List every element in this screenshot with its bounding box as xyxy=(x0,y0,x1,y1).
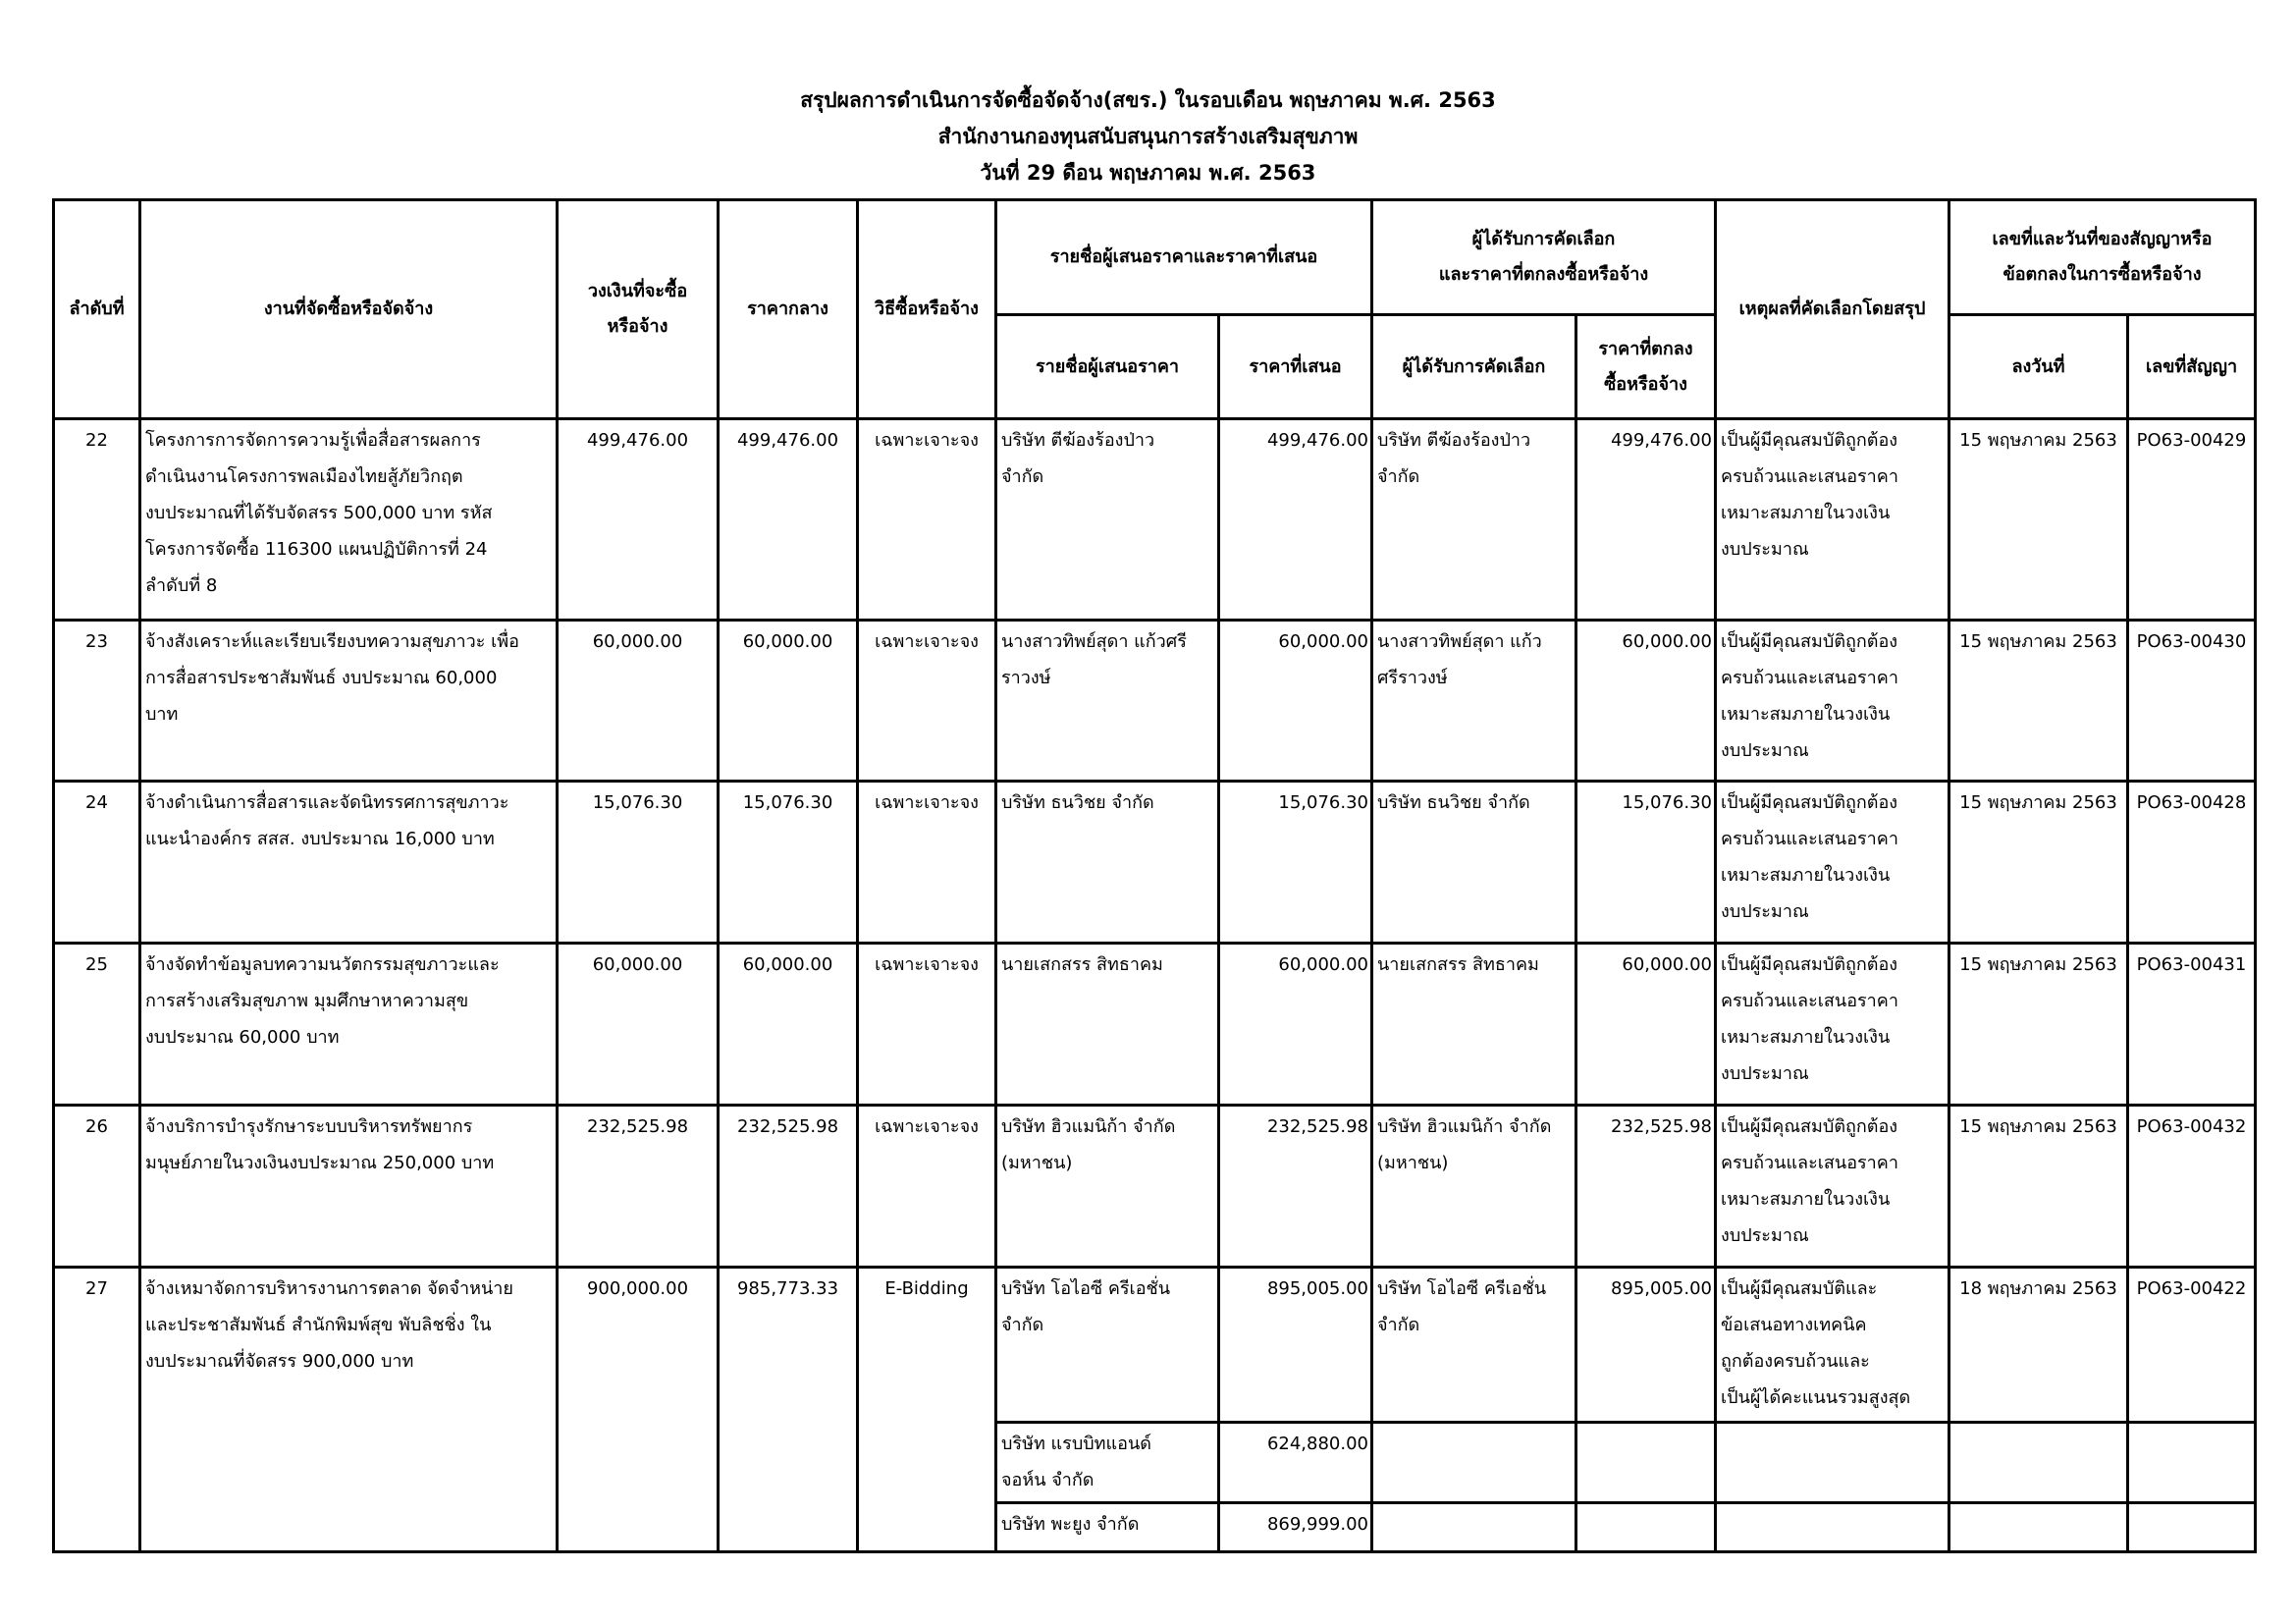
project-cell-line: แนะนำองค์กร สสส. งบประมาณ 16,000 บาท xyxy=(145,821,556,857)
seq-cell-line: 24 xyxy=(55,785,138,821)
reason-cell-line: เป็นผู้ได้คะแนนรวมสูงสุด xyxy=(1721,1380,1948,1416)
document-title-block: สรุปผลการดำเนินการจัดซื้อจัดจ้าง(สขร.) ใ… xyxy=(0,82,2296,191)
header-seq: ลำดับที่ xyxy=(54,200,140,419)
seq-cell-line: 27 xyxy=(55,1271,138,1307)
bid-price-cell-line: 499,476.00 xyxy=(1220,422,1368,459)
header-contract-line: เลขที่และวันที่ของสัญญาหรือ xyxy=(1950,222,2254,257)
contract-date-cell-line: 15 พฤษภาคม 2563 xyxy=(1950,785,2126,821)
header-contract-date: ลงวันที่ xyxy=(1949,315,2128,419)
agreed-price-cell: 232,525.98 xyxy=(1576,1106,1716,1268)
bidder-cell-line: นายเสกสรร สิทธาคม xyxy=(1001,947,1217,983)
header-budget-line: หรือจ้าง xyxy=(559,309,717,345)
bidder-cell-line: บริษัท โอไอซี ครีเอชั่น xyxy=(1001,1271,1217,1307)
agreed-price-cell-line: 60,000.00 xyxy=(1577,623,1712,660)
header-bidder-name: รายชื่อผู้เสนอราคา xyxy=(996,315,1219,419)
contract-date-cell: 18 พฤษภาคม 2563 xyxy=(1949,1268,2128,1423)
header-bid-price: ราคาที่เสนอ xyxy=(1219,315,1372,419)
median-price-cell-line: 985,773.33 xyxy=(720,1271,856,1307)
bidder-cell: บริษัท ธนวิชย จำกัด xyxy=(996,782,1219,944)
contract-date-cell-line: 15 พฤษภาคม 2563 xyxy=(1950,623,2126,660)
reason-cell: เป็นผู้มีคุณสมบัติถูกต้องครบถ้วนและเสนอร… xyxy=(1716,621,1949,782)
method-cell-line: เฉพาะเจาะจง xyxy=(859,422,994,459)
seq-cell: 25 xyxy=(54,944,140,1106)
bid-price-cell: 60,000.00 xyxy=(1219,621,1372,782)
bidder-cell-line: บริษัท ฮิวแมนิก้า จำกัด xyxy=(1001,1109,1217,1145)
header-agreed-line: ซื้อหรือจ้าง xyxy=(1577,367,1714,403)
agreed-price-cell xyxy=(1576,1423,1716,1503)
header-selected-name: ผู้ได้รับการคัดเลือก xyxy=(1372,315,1576,419)
reason-cell-line: ครบถ้วนและเสนอราคา xyxy=(1721,821,1948,857)
contract-no-cell xyxy=(2128,1503,2256,1552)
selected-cell-line: บริษัท ฮิวแมนิก้า จำกัด xyxy=(1377,1109,1575,1145)
agreed-price-cell-line: 895,005.00 xyxy=(1577,1271,1712,1307)
reason-cell-line: เป็นผู้มีคุณสมบัติถูกต้อง xyxy=(1721,422,1948,459)
project-cell-line: ดำเนินงานโครงการพลเมืองไทยสู้ภัยวิกฤต xyxy=(145,459,556,495)
project-cell-line: การสร้างเสริมสุขภาพ มุมศึกษาหาความสุข xyxy=(145,983,556,1019)
median-price-cell: 15,076.30 xyxy=(719,782,858,944)
selected-cell-line: บริษัท โอไอซี ครีเอชั่น xyxy=(1377,1271,1575,1307)
contract-date-cell: 15 พฤษภาคม 2563 xyxy=(1949,621,2128,782)
selected-cell-line: บริษัท ธนวิชย จำกัด xyxy=(1377,785,1575,821)
seq-cell-line: 23 xyxy=(55,623,138,660)
project-cell-line: จ้างสังเคราะห์และเรียบเรียงบทความสุขภาวะ… xyxy=(145,623,556,660)
reason-cell-line: ข้อเสนอทางเทคนิค xyxy=(1721,1307,1948,1343)
bidder-cell-line: จำกัด xyxy=(1001,1307,1217,1343)
document-title: สรุปผลการดำเนินการจัดซื้อจัดจ้าง(สขร.) ใ… xyxy=(0,82,2296,119)
seq-cell: 24 xyxy=(54,782,140,944)
bidder-cell-line: จอห์น จำกัด xyxy=(1001,1462,1217,1498)
agreed-price-cell: 60,000.00 xyxy=(1576,944,1716,1106)
table-row: 24จ้างดำเนินการสื่อสารและจัดนิทรรศการสุข… xyxy=(54,782,2256,944)
budget-cell: 232,525.98 xyxy=(558,1106,719,1268)
reason-cell-line: งบประมาณ xyxy=(1721,1218,1948,1254)
header-contract-no: เลขที่สัญญา xyxy=(2128,315,2256,419)
header-contract-line: ข้อตกลงในการซื้อหรือจ้าง xyxy=(1950,257,2254,293)
contract-no-cell: PO63-00428 xyxy=(2128,782,2256,944)
reason-cell: เป็นผู้มีคุณสมบัติถูกต้องครบถ้วนและเสนอร… xyxy=(1716,1106,1949,1268)
reason-cell-line: เป็นผู้มีคุณสมบัติถูกต้อง xyxy=(1721,785,1948,821)
project-cell: จ้างบริการบำรุงรักษาระบบบริหารทรัพยากรมน… xyxy=(140,1106,558,1268)
seq-cell-line: 22 xyxy=(55,422,138,459)
method-cell: เฉพาะเจาะจง xyxy=(858,621,996,782)
contract-date-cell xyxy=(1949,1423,2128,1503)
selected-cell: บริษัท ธนวิชย จำกัด xyxy=(1372,782,1576,944)
project-cell-line: จ้างจัดทำข้อมูลบทความนวัตกรรมสุขภาวะและ xyxy=(145,947,556,983)
median-price-cell: 60,000.00 xyxy=(719,621,858,782)
bidder-cell: นางสาวทิพย์สุดา แก้วศรีราวงษ์ xyxy=(996,621,1219,782)
header-selected-line: ผู้ได้รับการคัดเลือก xyxy=(1373,222,1714,257)
header-agreed-line: ราคาที่ตกลง xyxy=(1577,332,1714,367)
bidder-cell: บริษัท ฮิวแมนิก้า จำกัด(มหาชน) xyxy=(996,1106,1219,1268)
table-body: 22โครงการการจัดการความรู้เพื่อสื่อสารผลก… xyxy=(54,419,2256,1552)
document-date: วันที่ 29 ดือน พฤษภาคม พ.ศ. 2563 xyxy=(0,155,2296,191)
median-price-cell-line: 232,525.98 xyxy=(720,1109,856,1145)
agreed-price-cell-line: 499,476.00 xyxy=(1577,422,1712,459)
project-cell: จ้างดำเนินการสื่อสารและจัดนิทรรศการสุขภา… xyxy=(140,782,558,944)
project-cell: จ้างเหมาจัดการบริหารงานการตลาด จัดจำหน่า… xyxy=(140,1268,558,1552)
bidder-cell: บริษัท โอไอซี ครีเอชั่นจำกัด xyxy=(996,1268,1219,1423)
selected-cell: บริษัท โอไอซี ครีเอชั่นจำกัด xyxy=(1372,1268,1576,1423)
project-cell: โครงการการจัดการความรู้เพื่อสื่อสารผลการ… xyxy=(140,419,558,621)
selected-cell-line: บริษัท ตีฆ้องร้องป่าว xyxy=(1377,422,1575,459)
reason-cell-line: เหมาะสมภายในวงเงิน xyxy=(1721,857,1948,893)
project-cell-line: โครงการจัดซื้อ 116300 แผนปฏิบัติการที่ 2… xyxy=(145,531,556,568)
agreed-price-cell: 499,476.00 xyxy=(1576,419,1716,621)
reason-cell-line: เป็นผู้มีคุณสมบัติและ xyxy=(1721,1271,1948,1307)
contract-no-cell-line: PO63-00430 xyxy=(2129,623,2254,660)
project-cell-line: และประชาสัมพันธ์ สำนักพิมพ์สุข พับลิชชิ่… xyxy=(145,1307,556,1343)
contract-no-cell-line: PO63-00428 xyxy=(2129,785,2254,821)
bidder-cell: บริษัท พะยูง จำกัด xyxy=(996,1503,1219,1552)
contract-date-cell-line: 15 พฤษภาคม 2563 xyxy=(1950,947,2126,983)
contract-no-cell: PO63-00431 xyxy=(2128,944,2256,1106)
reason-cell-line: ครบถ้วนและเสนอราคา xyxy=(1721,660,1948,696)
bid-price-cell-line: 895,005.00 xyxy=(1220,1271,1368,1307)
project-cell-line: งบประมาณที่ได้รับจัดสรร 500,000 บาท รหัส xyxy=(145,495,556,531)
project-cell-line: จ้างดำเนินการสื่อสารและจัดนิทรรศการสุขภา… xyxy=(145,785,556,821)
selected-cell-line: นางสาวทิพย์สุดา แก้ว xyxy=(1377,623,1575,660)
method-cell-line: เฉพาะเจาะจง xyxy=(859,947,994,983)
contract-no-cell-line: PO63-00432 xyxy=(2129,1109,2254,1145)
bid-price-cell-line: 624,880.00 xyxy=(1220,1426,1368,1462)
median-price-cell: 60,000.00 xyxy=(719,944,858,1106)
selected-cell xyxy=(1372,1503,1576,1552)
bidder-cell: นายเสกสรร สิทธาคม xyxy=(996,944,1219,1106)
reason-cell-line: เป็นผู้มีคุณสมบัติถูกต้อง xyxy=(1721,947,1948,983)
bid-price-cell: 624,880.00 xyxy=(1219,1423,1372,1503)
table-row: 27จ้างเหมาจัดการบริหารงานการตลาด จัดจำหน… xyxy=(54,1268,2256,1423)
method-cell: เฉพาะเจาะจง xyxy=(858,419,996,621)
project-cell-line: โครงการการจัดการความรู้เพื่อสื่อสารผลการ xyxy=(145,422,556,459)
contract-date-cell-line: 15 พฤษภาคม 2563 xyxy=(1950,1109,2126,1145)
project-cell-line: บาท xyxy=(145,696,556,732)
bid-price-cell-line: 869,999.00 xyxy=(1220,1506,1368,1543)
budget-cell-line: 900,000.00 xyxy=(559,1271,717,1307)
bidder-cell-line: บริษัท ตีฆ้องร้องป่าว xyxy=(1001,422,1217,459)
reason-cell-line: งบประมาณ xyxy=(1721,893,1948,930)
reason-cell-line: เหมาะสมภายในวงเงิน xyxy=(1721,495,1948,531)
selected-cell xyxy=(1372,1423,1576,1503)
project-cell-line: จ้างเหมาจัดการบริหารงานการตลาด จัดจำหน่า… xyxy=(145,1271,556,1307)
budget-cell: 60,000.00 xyxy=(558,621,719,782)
contract-date-cell: 15 พฤษภาคม 2563 xyxy=(1949,782,2128,944)
median-price-cell-line: 60,000.00 xyxy=(720,947,856,983)
project-cell-line: การสื่อสารประชาสัมพันธ์ งบประมาณ 60,000 xyxy=(145,660,556,696)
bid-price-cell: 60,000.00 xyxy=(1219,944,1372,1106)
budget-cell: 499,476.00 xyxy=(558,419,719,621)
contract-no-cell-line: PO63-00431 xyxy=(2129,947,2254,983)
budget-cell-line: 499,476.00 xyxy=(559,422,717,459)
reason-cell-line: ครบถ้วนและเสนอราคา xyxy=(1721,983,1948,1019)
bidder-cell: บริษัท แรบบิทแอนด์จอห์น จำกัด xyxy=(996,1423,1219,1503)
selected-cell: นางสาวทิพย์สุดา แก้วศรีราวงษ์ xyxy=(1372,621,1576,782)
agreed-price-cell: 60,000.00 xyxy=(1576,621,1716,782)
contract-date-cell: 15 พฤษภาคม 2563 xyxy=(1949,1106,2128,1268)
project-cell-line: ลำดับที่ 8 xyxy=(145,568,556,604)
method-cell-line: เฉพาะเจาะจง xyxy=(859,785,994,821)
bidder-cell-line: บริษัท พะยูง จำกัด xyxy=(1001,1506,1217,1543)
bidder-cell-line: จำกัด xyxy=(1001,459,1217,495)
reason-cell-line: เป็นผู้มีคุณสมบัติถูกต้อง xyxy=(1721,623,1948,660)
selected-cell-line: จำกัด xyxy=(1377,1307,1575,1343)
contract-date-cell-line: 18 พฤษภาคม 2563 xyxy=(1950,1271,2126,1307)
project-cell-line: งบประมาณ 60,000 บาท xyxy=(145,1019,556,1056)
project-cell: จ้างจัดทำข้อมูลบทความนวัตกรรมสุขภาวะและก… xyxy=(140,944,558,1106)
table-row: 25จ้างจัดทำข้อมูลบทความนวัตกรรมสุขภาวะแล… xyxy=(54,944,2256,1106)
organization-name: สำนักงานกองทุนสนับสนุนการสร้างเสริมสุขภา… xyxy=(0,119,2296,155)
budget-cell-line: 60,000.00 xyxy=(559,623,717,660)
bidder-cell-line: นางสาวทิพย์สุดา แก้วศรี xyxy=(1001,623,1217,660)
table-row: 22โครงการการจัดการความรู้เพื่อสื่อสารผลก… xyxy=(54,419,2256,621)
agreed-price-cell-line: 232,525.98 xyxy=(1577,1109,1712,1145)
selected-cell-line: (มหาชน) xyxy=(1377,1145,1575,1181)
budget-cell-line: 15,076.30 xyxy=(559,785,717,821)
table-row: 23จ้างสังเคราะห์และเรียบเรียงบทความสุขภา… xyxy=(54,621,2256,782)
contract-no-cell: PO63-00430 xyxy=(2128,621,2256,782)
bidder-cell-line: บริษัท แรบบิทแอนด์ xyxy=(1001,1426,1217,1462)
contract-no-cell: PO63-00429 xyxy=(2128,419,2256,621)
reason-cell-line: งบประมาณ xyxy=(1721,732,1948,769)
header-budget: วงเงินที่จะซื้อ หรือจ้าง xyxy=(558,200,719,419)
contract-date-cell: 15 พฤษภาคม 2563 xyxy=(1949,944,2128,1106)
bidder-cell-line: (มหาชน) xyxy=(1001,1145,1217,1181)
contract-no-cell xyxy=(2128,1423,2256,1503)
seq-cell: 23 xyxy=(54,621,140,782)
agreed-price-cell: 895,005.00 xyxy=(1576,1268,1716,1423)
reason-cell xyxy=(1716,1423,1949,1503)
bid-price-cell: 869,999.00 xyxy=(1219,1503,1372,1552)
reason-cell: เป็นผู้มีคุณสมบัติถูกต้องครบถ้วนและเสนอร… xyxy=(1716,419,1949,621)
seq-cell: 27 xyxy=(54,1268,140,1552)
median-price-cell-line: 499,476.00 xyxy=(720,422,856,459)
contract-no-cell-line: PO63-00429 xyxy=(2129,422,2254,459)
selected-cell-line: จำกัด xyxy=(1377,459,1575,495)
selected-cell-line: ศรีราวงษ์ xyxy=(1377,660,1575,696)
method-cell-line: เฉพาะเจาะจง xyxy=(859,1109,994,1145)
reason-cell: เป็นผู้มีคุณสมบัติถูกต้องครบถ้วนและเสนอร… xyxy=(1716,944,1949,1106)
bidder-cell: บริษัท ตีฆ้องร้องป่าวจำกัด xyxy=(996,419,1219,621)
reason-cell-line: งบประมาณ xyxy=(1721,1056,1948,1092)
selected-cell: บริษัท ฮิวแมนิก้า จำกัด(มหาชน) xyxy=(1372,1106,1576,1268)
reason-cell-line: เหมาะสมภายในวงเงิน xyxy=(1721,696,1948,732)
bid-price-cell: 895,005.00 xyxy=(1219,1268,1372,1423)
bid-price-cell-line: 232,525.98 xyxy=(1220,1109,1368,1145)
seq-cell: 26 xyxy=(54,1106,140,1268)
contract-no-cell: PO63-00432 xyxy=(2128,1106,2256,1268)
reason-cell-line: ครบถ้วนและเสนอราคา xyxy=(1721,459,1948,495)
method-cell-line: เฉพาะเจาะจง xyxy=(859,623,994,660)
agreed-price-cell: 15,076.30 xyxy=(1576,782,1716,944)
bidder-cell-line: บริษัท ธนวิชย จำกัด xyxy=(1001,785,1217,821)
budget-cell: 60,000.00 xyxy=(558,944,719,1106)
contract-date-cell: 15 พฤษภาคม 2563 xyxy=(1949,419,2128,621)
bid-price-cell: 232,525.98 xyxy=(1219,1106,1372,1268)
budget-cell: 900,000.00 xyxy=(558,1268,719,1552)
seq-cell: 22 xyxy=(54,419,140,621)
header-bidders-group: รายชื่อผู้เสนอราคาและราคาที่เสนอ xyxy=(996,200,1372,315)
budget-cell-line: 60,000.00 xyxy=(559,947,717,983)
reason-cell: เป็นผู้มีคุณสมบัติและข้อเสนอทางเทคนิคถูก… xyxy=(1716,1268,1949,1423)
median-price-cell: 232,525.98 xyxy=(719,1106,858,1268)
reason-cell-line: เหมาะสมภายในวงเงิน xyxy=(1721,1181,1948,1218)
bid-price-cell: 15,076.30 xyxy=(1219,782,1372,944)
median-price-cell: 499,476.00 xyxy=(719,419,858,621)
contract-date-cell-line: 15 พฤษภาคม 2563 xyxy=(1950,422,2126,459)
median-price-cell-line: 15,076.30 xyxy=(720,785,856,821)
method-cell: เฉพาะเจาะจง xyxy=(858,944,996,1106)
contract-date-cell xyxy=(1949,1503,2128,1552)
method-cell: E-Bidding xyxy=(858,1268,996,1552)
reason-cell: เป็นผู้มีคุณสมบัติถูกต้องครบถ้วนและเสนอร… xyxy=(1716,782,1949,944)
median-price-cell-line: 60,000.00 xyxy=(720,623,856,660)
bid-price-cell-line: 15,076.30 xyxy=(1220,785,1368,821)
method-cell-line: E-Bidding xyxy=(859,1271,994,1307)
header-reason: เหตุผลที่คัดเลือกโดยสรุป xyxy=(1716,200,1949,419)
header-median-price: ราคากลาง xyxy=(719,200,858,419)
bid-price-cell-line: 60,000.00 xyxy=(1220,947,1368,983)
bidder-cell-line: ราวงษ์ xyxy=(1001,660,1217,696)
budget-cell-line: 232,525.98 xyxy=(559,1109,717,1145)
reason-cell-line: ครบถ้วนและเสนอราคา xyxy=(1721,1145,1948,1181)
project-cell-line: มนุษย์ภายในวงเงินงบประมาณ 250,000 บาท xyxy=(145,1145,556,1181)
project-cell: จ้างสังเคราะห์และเรียบเรียงบทความสุขภาวะ… xyxy=(140,621,558,782)
procurement-table: ลำดับที่ งานที่จัดซื้อหรือจัดจ้าง วงเงิน… xyxy=(52,198,2257,1553)
header-agreed-price: ราคาที่ตกลง ซื้อหรือจ้าง xyxy=(1576,315,1716,419)
header-project: งานที่จัดซื้อหรือจัดจ้าง xyxy=(140,200,558,419)
bid-price-cell: 499,476.00 xyxy=(1219,419,1372,621)
agreed-price-cell xyxy=(1576,1503,1716,1552)
agreed-price-cell-line: 60,000.00 xyxy=(1577,947,1712,983)
reason-cell xyxy=(1716,1503,1949,1552)
header-budget-line: วงเงินที่จะซื้อ xyxy=(559,274,717,309)
median-price-cell: 985,773.33 xyxy=(719,1268,858,1552)
reason-cell-line: งบประมาณ xyxy=(1721,531,1948,568)
budget-cell: 15,076.30 xyxy=(558,782,719,944)
header-selected-group: ผู้ได้รับการคัดเลือก และราคาที่ตกลงซื้อห… xyxy=(1372,200,1716,315)
selected-cell: บริษัท ตีฆ้องร้องป่าวจำกัด xyxy=(1372,419,1576,621)
contract-no-cell: PO63-00422 xyxy=(2128,1268,2256,1423)
seq-cell-line: 25 xyxy=(55,947,138,983)
project-cell-line: จ้างบริการบำรุงรักษาระบบบริหารทรัพยากร xyxy=(145,1109,556,1145)
contract-no-cell-line: PO63-00422 xyxy=(2129,1271,2254,1307)
seq-cell-line: 26 xyxy=(55,1109,138,1145)
reason-cell-line: เหมาะสมภายในวงเงิน xyxy=(1721,1019,1948,1056)
header-method: วิธีซื้อหรือจ้าง xyxy=(858,200,996,419)
bid-price-cell-line: 60,000.00 xyxy=(1220,623,1368,660)
agreed-price-cell-line: 15,076.30 xyxy=(1577,785,1712,821)
method-cell: เฉพาะเจาะจง xyxy=(858,782,996,944)
selected-cell: นายเสกสรร สิทธาคม xyxy=(1372,944,1576,1106)
reason-cell-line: เป็นผู้มีคุณสมบัติถูกต้อง xyxy=(1721,1109,1948,1145)
header-contract-group: เลขที่และวันที่ของสัญญาหรือ ข้อตกลงในการ… xyxy=(1949,200,2256,315)
reason-cell-line: ถูกต้องครบถ้วนและ xyxy=(1721,1343,1948,1380)
method-cell: เฉพาะเจาะจง xyxy=(858,1106,996,1268)
table-row: 26จ้างบริการบำรุงรักษาระบบบริหารทรัพยากร… xyxy=(54,1106,2256,1268)
project-cell-line: งบประมาณที่จัดสรร 900,000 บาท xyxy=(145,1343,556,1380)
header-selected-line: และราคาที่ตกลงซื้อหรือจ้าง xyxy=(1373,257,1714,293)
selected-cell-line: นายเสกสรร สิทธาคม xyxy=(1377,947,1575,983)
